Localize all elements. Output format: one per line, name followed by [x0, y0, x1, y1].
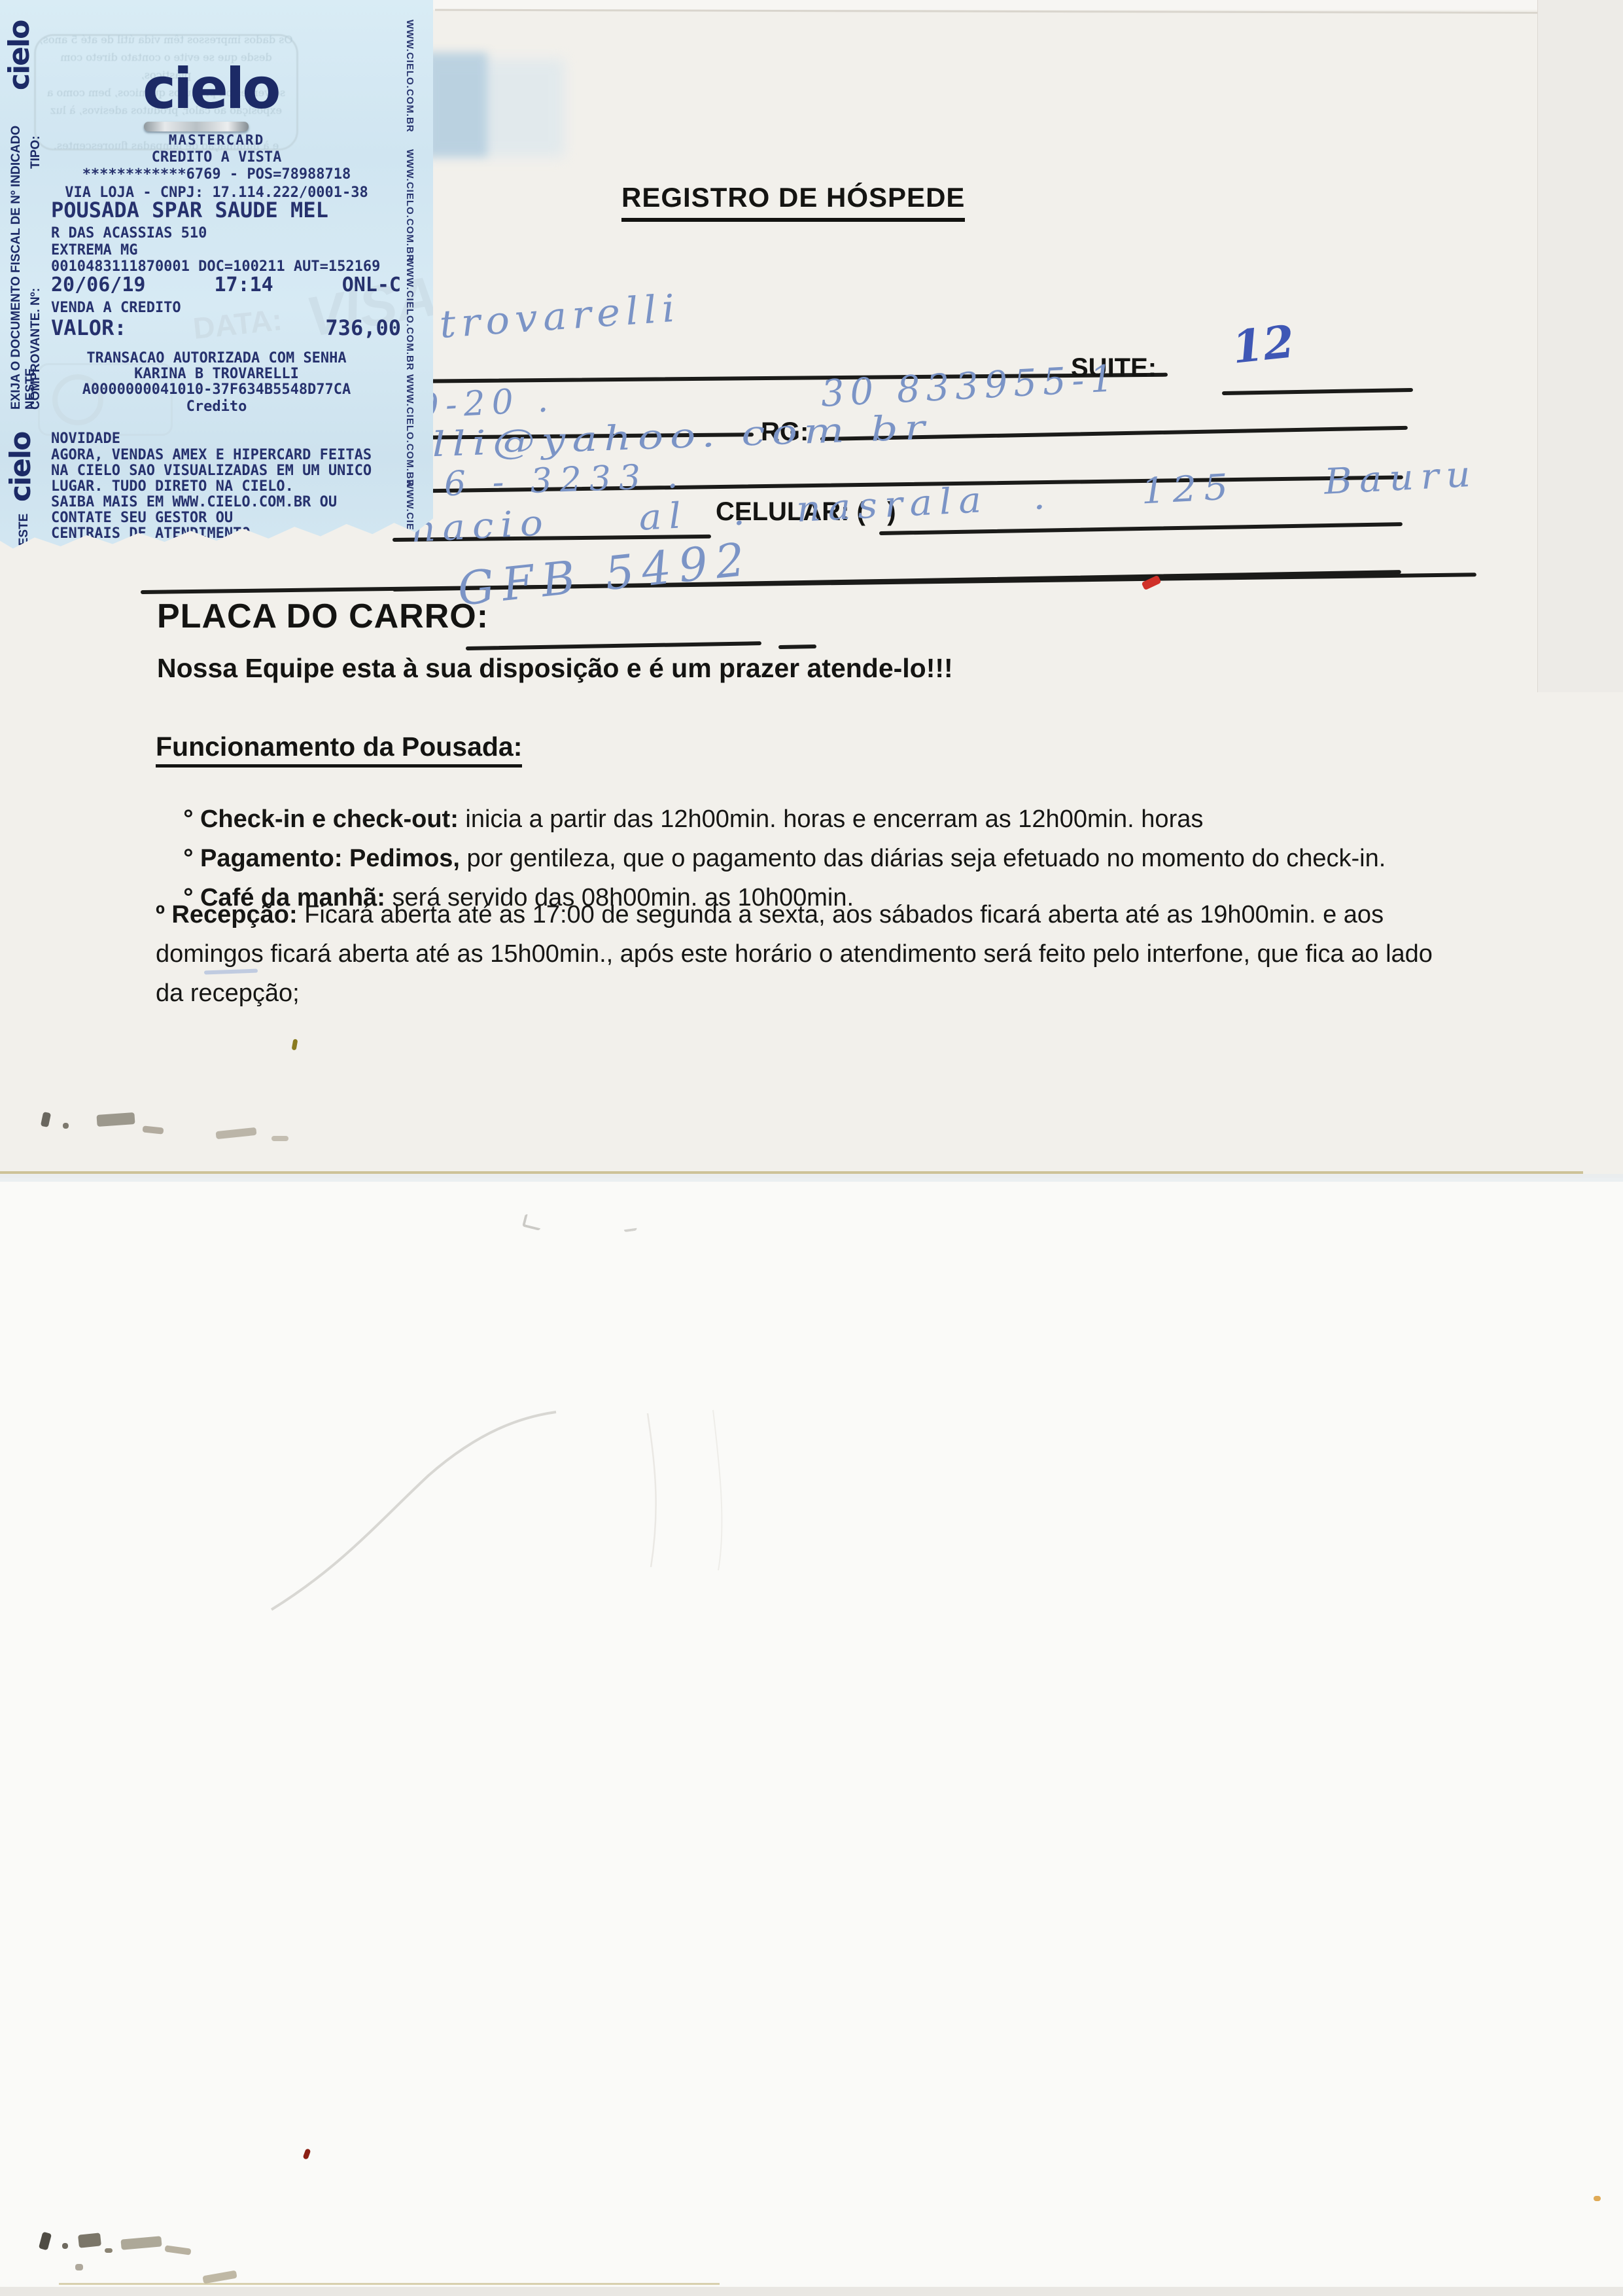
receipt-card-scheme: MASTERCARD [0, 132, 433, 148]
margin-comprovante-label: COMPROVANTE. Nº: [29, 216, 43, 410]
ghost-line: Os dados impressos têm vida útil de até … [36, 31, 296, 48]
receipt-value-label: VALOR: [51, 315, 127, 340]
smudge-mark [63, 1123, 69, 1129]
receipt-date-row: 20/06/19 17:14 ONL-C [51, 274, 401, 296]
page-title: REGISTRO DE HÓSPEDE [621, 182, 965, 222]
smudge-mark [62, 2243, 68, 2249]
cielo-logo-margin-top: cielo [3, 12, 36, 90]
smudge-mark [78, 2233, 101, 2248]
margin-tipo-label: TIPO: [29, 98, 43, 169]
margin-site-url: WWW.CIELO.COM.BR [404, 374, 415, 471]
receipt-footer-line: AGORA, VENDAS AMEX E HIPERCARD FEITAS [51, 447, 372, 463]
margin-site-url: WWW.CIELO.COM.BR [404, 258, 415, 359]
staple-icon [144, 122, 249, 132]
receipt-doc-line: 0010483111870001 DOC=100211 AUT=152169 [51, 258, 380, 275]
suite-value-handwriting: 12 [1230, 315, 1297, 374]
rule-recepcao: º Recepção: Ficará aberta até as 17:00 d… [156, 895, 1451, 1013]
orange-speck [1594, 2196, 1601, 2201]
smudge-mark [75, 2264, 83, 2270]
receipt-merchant-address: R DAS ACASSIAS 510 [51, 225, 207, 241]
receipt-credit-type: CREDITO A VISTA [0, 149, 433, 166]
margin-site-url: WWW.CIELO.COM.BR [404, 20, 415, 124]
receipt-footer-line: CONTATE SEU GESTOR OU [51, 510, 233, 526]
date-fragment-handwriting: 9-20 . [416, 380, 555, 427]
receipt-time: 17:14 [214, 274, 273, 296]
receipt-footer-novidade: NOVIDADE [51, 431, 120, 447]
rule-recepcao-text: Ficará aberta até as 17:00 de segunda a … [156, 901, 1433, 1007]
receipt-auth-holder: KARINA B TROVARELLI [0, 366, 433, 382]
rule-recepcao-label: º Recepção: [156, 901, 298, 928]
scanned-guest-registration-document: REGISTRO DE HÓSPEDE SUITE: RG: CELULAR: … [0, 0, 1623, 2296]
cielo-logo-margin-bottom: cielo [4, 415, 37, 502]
receipt-merchant-name: POUSADA SPAR SAUDE MEL [51, 198, 328, 222]
pencil-mark [623, 1220, 637, 1233]
receipt-footer-line: SAIBA MAIS EM WWW.CIELO.COM.BR OU [51, 494, 337, 510]
rules-heading: Funcionamento da Pousada: [156, 732, 522, 768]
receipt-pan-line: ************6769 - POS=78988718 [0, 166, 433, 183]
receipt-date: 20/06/19 [51, 274, 146, 296]
receipt-sale-line: VENDA A CREDITO [51, 300, 181, 316]
receipt-footer-line: NA CIELO SAO VISUALIZADAS EM UM UNICO [51, 463, 372, 479]
placa-line-dash [778, 645, 816, 649]
receipt-value: 736,00 [325, 315, 401, 340]
receipt-auth-credito: Credito [0, 398, 433, 415]
receipt-footer-line: LUGAR. TUDO DIRETO NA CIELO. [51, 478, 294, 495]
receipt-value-row: VALOR: 736,00 [51, 315, 401, 340]
cielo-receipt: Os dados impressos têm vida útil de até … [0, 0, 433, 557]
receipt-auth-aid: A0000000041010-37F634B5548D77CA [0, 381, 433, 398]
receipt-merchant-city: EXTREMA MG [51, 242, 137, 258]
cielo-logo: cielo [143, 56, 278, 122]
smudge-mark [105, 2248, 113, 2253]
receipt-auth-line: TRANSACAO AUTORIZADA COM SENHA [0, 350, 433, 366]
margin-site-url: WWW.CIELO.COM.BR [404, 149, 415, 251]
placa-label: PLACA DO CARRO: [157, 597, 489, 636]
smudge-mark [271, 1136, 288, 1141]
welcome-text: Nossa Equipe esta à sua disposição e é u… [157, 653, 953, 684]
receipt-mode: ONL-C [342, 274, 401, 296]
receipt-shadow-dark [425, 52, 487, 157]
